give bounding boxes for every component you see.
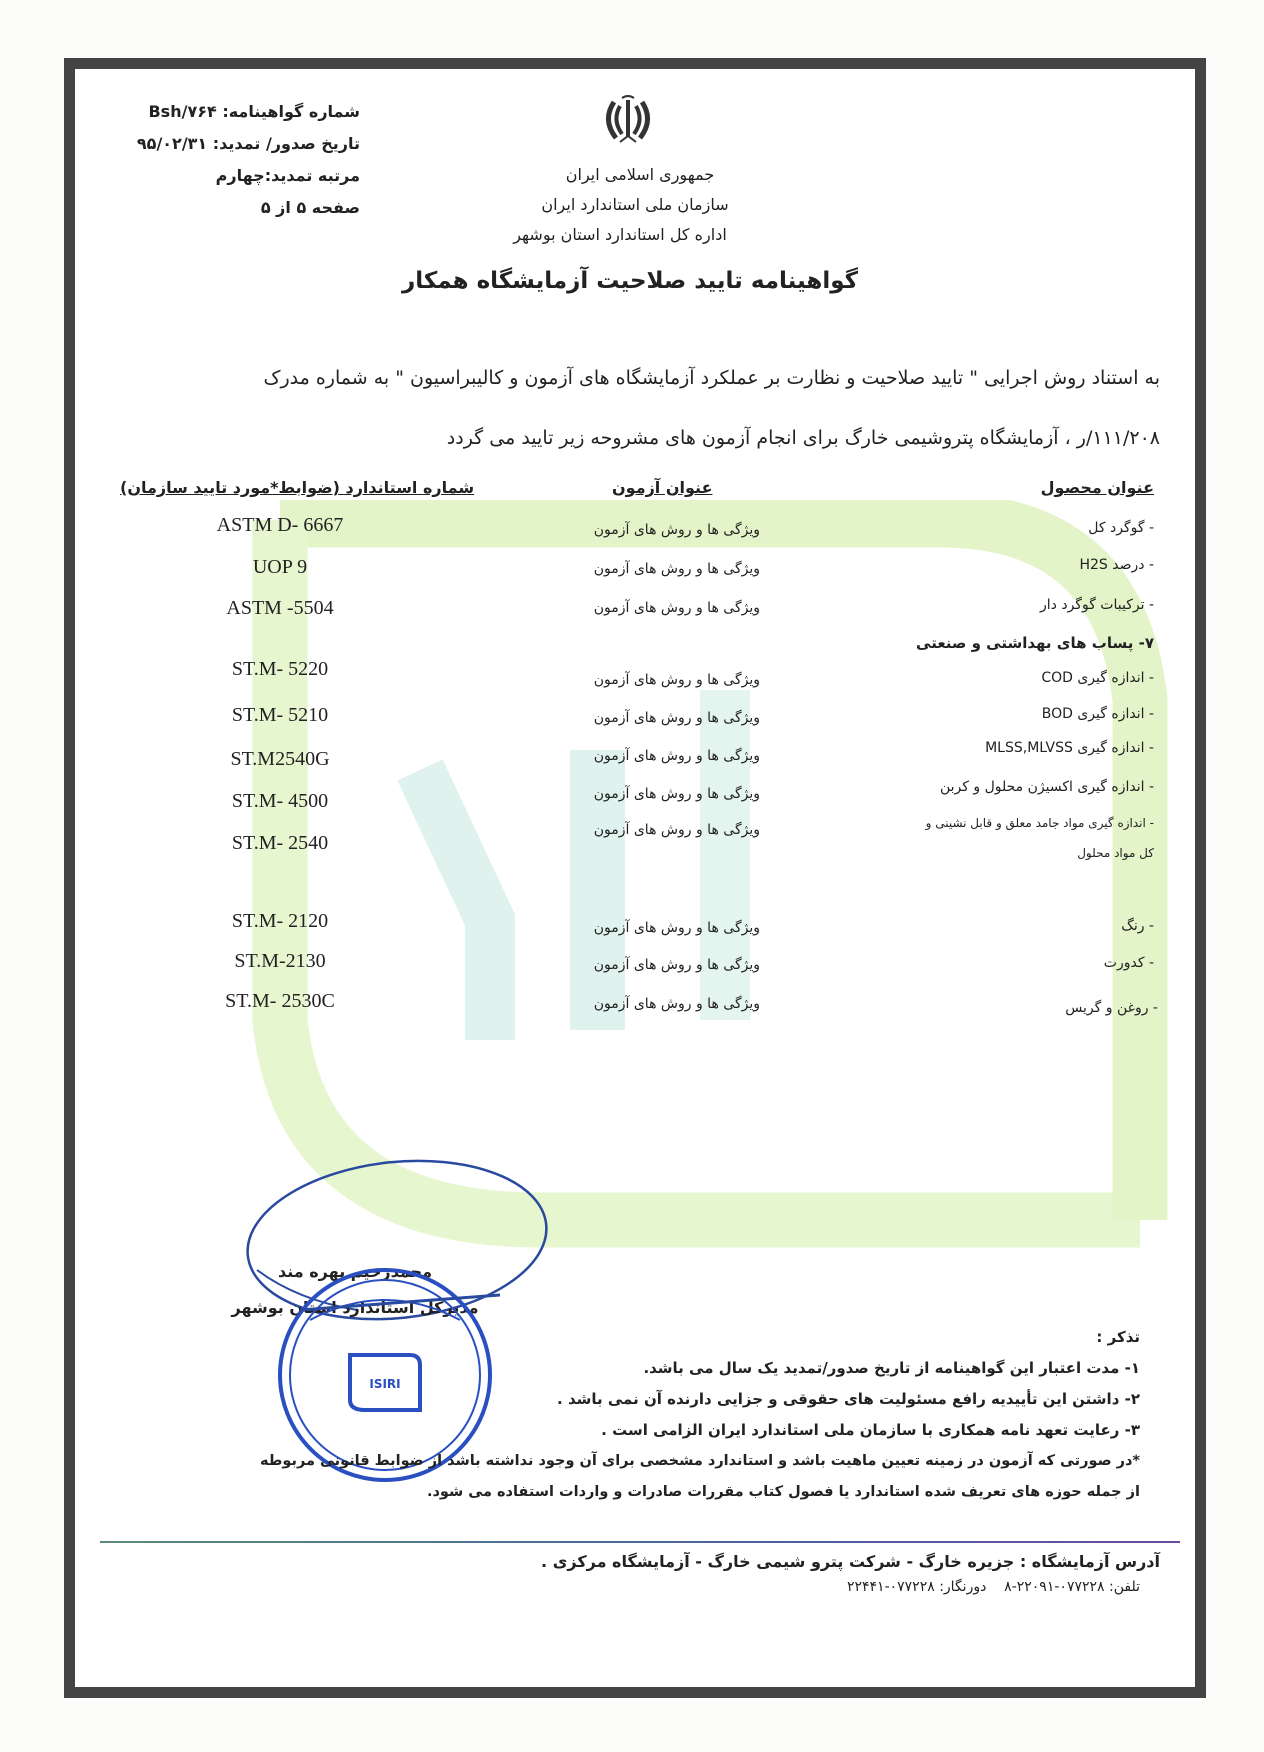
fax-number: ۰۷۷۲۲۸-۲۲۴۴۱ [847,1579,935,1595]
notes-section: تذکر : ۱- مدت اعتبار این گواهینامه از تا… [180,1322,1140,1508]
lab-contact: تلفن: ۰۷۷۲۲۸-۲۲۰۹۱-۸ دورنگار: ۰۷۷۲۲۸-۲۲۴… [600,1576,1160,1598]
product-cell: - کدورت [1104,955,1154,971]
footnote-line-2: از جمله حوزه های تعریف شده استاندارد یا … [180,1477,1140,1508]
org-line-3: اداره کل استاندارد استان بوشهر [420,220,820,250]
note-item: ۱- مدت اعتبار این گواهینامه از تاریخ صدو… [180,1353,1140,1384]
note-item: ۳- رعایت تعهد نامه همکاری با سازمان ملی … [180,1415,1140,1446]
intro-paragraph: به استناد روش اجرایی " تایید صلاحیت و نظ… [140,348,1160,468]
product-cell: - گوگرد کل [1088,520,1154,536]
note-item: ۲- داشتن این تأییدیه رافع مسئولیت های حق… [180,1384,1140,1415]
standard-cell: ST.M- 2540 [150,832,410,855]
test-cell: ویژگی ها و روش های آزمون [520,672,760,688]
product-cell: - رنگ [1121,918,1154,934]
issue-date-label: تاریخ صدور/ تمدید: [213,134,360,153]
product-cell: - اندازه گیری BOD [1042,706,1154,722]
lab-address: آدرس آزمایشگاه : جزیره خارگ - شرکت پترو … [600,1548,1160,1576]
test-cell: ویژگی ها و روش های آزمون [520,786,760,802]
header-test: عنوان آزمون [612,478,713,497]
phone-number: ۰۷۷۲۲۸-۲۲۰۹۱-۸ [1004,1579,1104,1595]
test-cell: ویژگی ها و روش های آزمون [520,710,760,726]
standard-cell: ST.M- 5210 [150,704,410,727]
page-number: صفحه ۵ از ۵ [100,192,360,224]
cert-number-label: شماره گواهینامه: [222,102,360,121]
standard-cell: UOP 9 [150,556,410,579]
intro-line-2: ۱۱۱/۲۰۸/ر ، آزمایشگاه پتروشیمی خارگ برای… [140,408,1160,468]
org-line-2: سازمان ملی استاندارد ایران [420,190,820,220]
standard-cell: ASTM D- 6667 [150,514,410,537]
header-product: عنوان محصول [1041,478,1154,497]
issue-date: ۹۵/۰۲/۳۱ [137,134,207,153]
section-heading: ۷- پساب های بهداشتی و صنعتی [916,634,1154,652]
test-cell: ویژگی ها و روش های آزمون [520,996,760,1012]
standard-cell: ST.M- 5220 [150,658,410,681]
fax-label: دورنگار: [939,1579,986,1595]
test-cell: ویژگی ها و روش های آزمون [520,920,760,936]
document-title: گواهینامه تایید صلاحیت آزمایشگاه همکار [300,268,960,294]
phone-label: تلفن: [1109,1579,1140,1595]
product-cell: - اندازه گیری اکسیژن محلول و کربن [940,779,1154,795]
header-standard: شماره استاندارد (ضوابط*مورد تایید سازمان… [120,478,474,497]
cert-number: Bsh/۷۶۴ [148,102,216,121]
renewal-rank: مرتبه تمدید:چهارم [100,160,360,192]
test-cell: ویژگی ها و روش های آزمون [520,561,760,577]
footnote-line-1: *در صورتی که آزمون در زمینه تعیین ماهیت … [180,1446,1140,1477]
organization-block: جمهوری اسلامی ایران سازمان ملی استاندارد… [420,160,820,250]
product-cell: - درصد H2S [1079,557,1154,573]
test-cell: ویژگی ها و روش های آزمون [520,748,760,764]
standard-cell: ASTM -5504 [150,597,410,620]
intro-line-1: به استناد روش اجرایی " تایید صلاحیت و نظ… [140,348,1160,408]
test-cell: ویژگی ها و روش های آزمون [520,822,760,838]
product-cell: - اندازه گیری COD [1041,670,1154,686]
org-line-1: جمهوری اسلامی ایران [420,160,820,190]
test-cell: ویژگی ها و روش های آزمون [520,522,760,538]
standard-cell: ST.M- 2530C [150,990,410,1013]
standard-cell: ST.M-2130 [150,950,410,973]
product-cell: - اندازه گیری MLSS,MLVSS [985,740,1154,756]
standard-cell: ST.M- 2120 [150,910,410,933]
notes-heading: تذکر : [180,1322,1140,1353]
product-cell-continued: کل مواد محلول [1077,846,1154,860]
test-cell: ویژگی ها و روش های آزمون [520,957,760,973]
certificate-meta: شماره گواهینامه: Bsh/۷۶۴ تاریخ صدور/ تمد… [100,96,360,224]
test-cell: ویژگی ها و روش های آزمون [520,600,760,616]
footer-address-block: آدرس آزمایشگاه : جزیره خارگ - شرکت پترو … [600,1548,1160,1598]
standard-cell: ST.M2540G [150,748,410,771]
standard-cell: ST.M- 4500 [150,790,410,813]
footer-divider [100,1541,1180,1543]
product-cell: - ترکیبات گوگرد دار [1040,597,1154,613]
iran-emblem-icon [600,92,656,148]
product-cell: - اندازه گیری مواد جامد معلق و قابل نشین… [926,816,1154,830]
product-cell: - روغن و گریس [1065,1000,1158,1016]
